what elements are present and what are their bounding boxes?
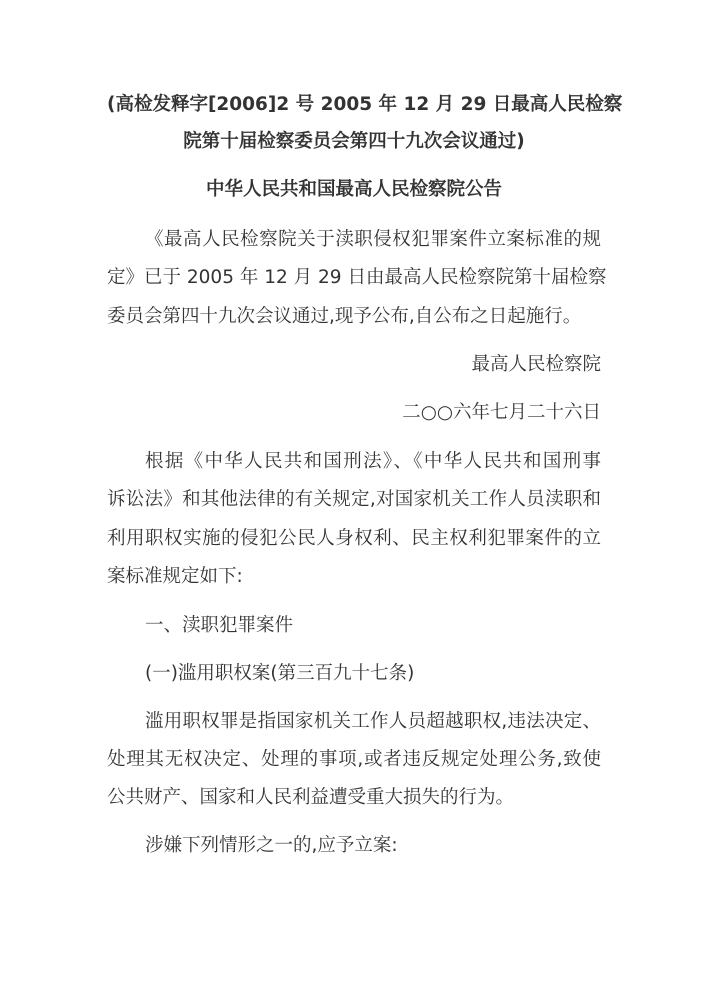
header-line-2: 院第十届检察委员会第四十九次会议通过) [107, 130, 601, 154]
announcement-body-line-3: 委员会第四十九次会议通过,现予公布,自公布之日起施行。 [107, 305, 601, 329]
section-heading: 一、渎职犯罪案件 [107, 614, 601, 638]
definition-line-2: 处理其无权决定、处理的事项,或者违反规定处理公务,致使 [107, 748, 601, 772]
header-line-1: (高检发释字[2006]2 号 2005 年 12 月 29 日最高人民检察 [107, 93, 601, 117]
subsection-heading: (一)滥用职权案(第三百九十七条) [107, 662, 601, 686]
criteria-intro: 涉嫌下列情形之一的,应予立案: [107, 834, 601, 858]
announcement-body-line-1: 《最高人民检察院关于渎职侵权犯罪案件立案标准的规 [107, 228, 601, 252]
signature: 最高人民检察院 [107, 353, 601, 377]
announcement-title: 中华人民共和国最高人民检察院公告 [107, 178, 601, 202]
announcement-body-line-2: 定》已于 2005 年 12 月 29 日由最高人民检察院第十届检察 [107, 266, 601, 290]
definition-line-3: 公共财产、国家和人民利益遭受重大损失的行为。 [107, 786, 601, 810]
preamble-line-4: 案标准规定如下: [107, 565, 601, 589]
preamble-line-2: 诉讼法》和其他法律的有关规定,对国家机关工作人员渎职和 [107, 488, 601, 512]
definition-line-1: 滥用职权罪是指国家机关工作人员超越职权,违法决定、 [107, 710, 601, 734]
preamble-line-1: 根据《中华人民共和国刑法》、《中华人民共和国刑事 [107, 450, 601, 474]
preamble-line-3: 利用职权实施的侵犯公民人身权利、民主权利犯罪案件的立 [107, 527, 601, 551]
date: 二○○六年七月二十六日 [107, 401, 601, 425]
